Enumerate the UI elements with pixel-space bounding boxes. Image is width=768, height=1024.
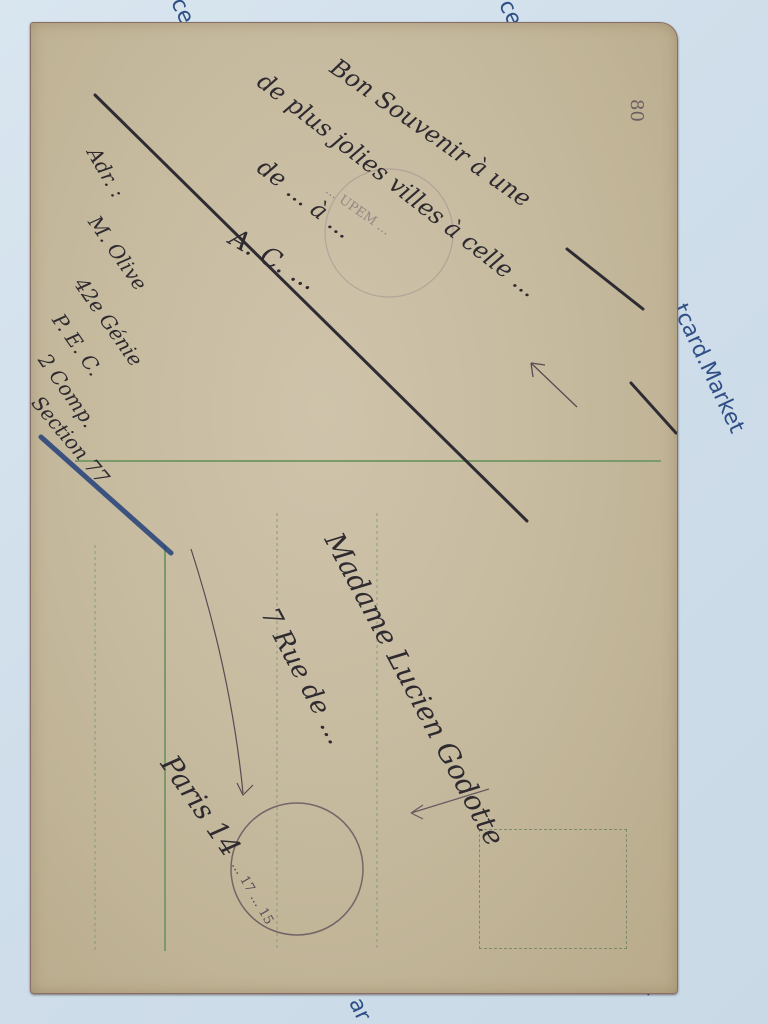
watermark-fragment: + bbox=[0, 830, 2, 850]
watermark-fragment: ar bbox=[343, 994, 375, 1024]
stamp-placeholder-box bbox=[479, 829, 627, 949]
corner-number: 80 bbox=[626, 99, 647, 122]
postcard: Bon Souvenir à une de plus jolies villes… bbox=[30, 22, 678, 994]
watermark-fragment: tcard.Market bbox=[667, 300, 749, 437]
